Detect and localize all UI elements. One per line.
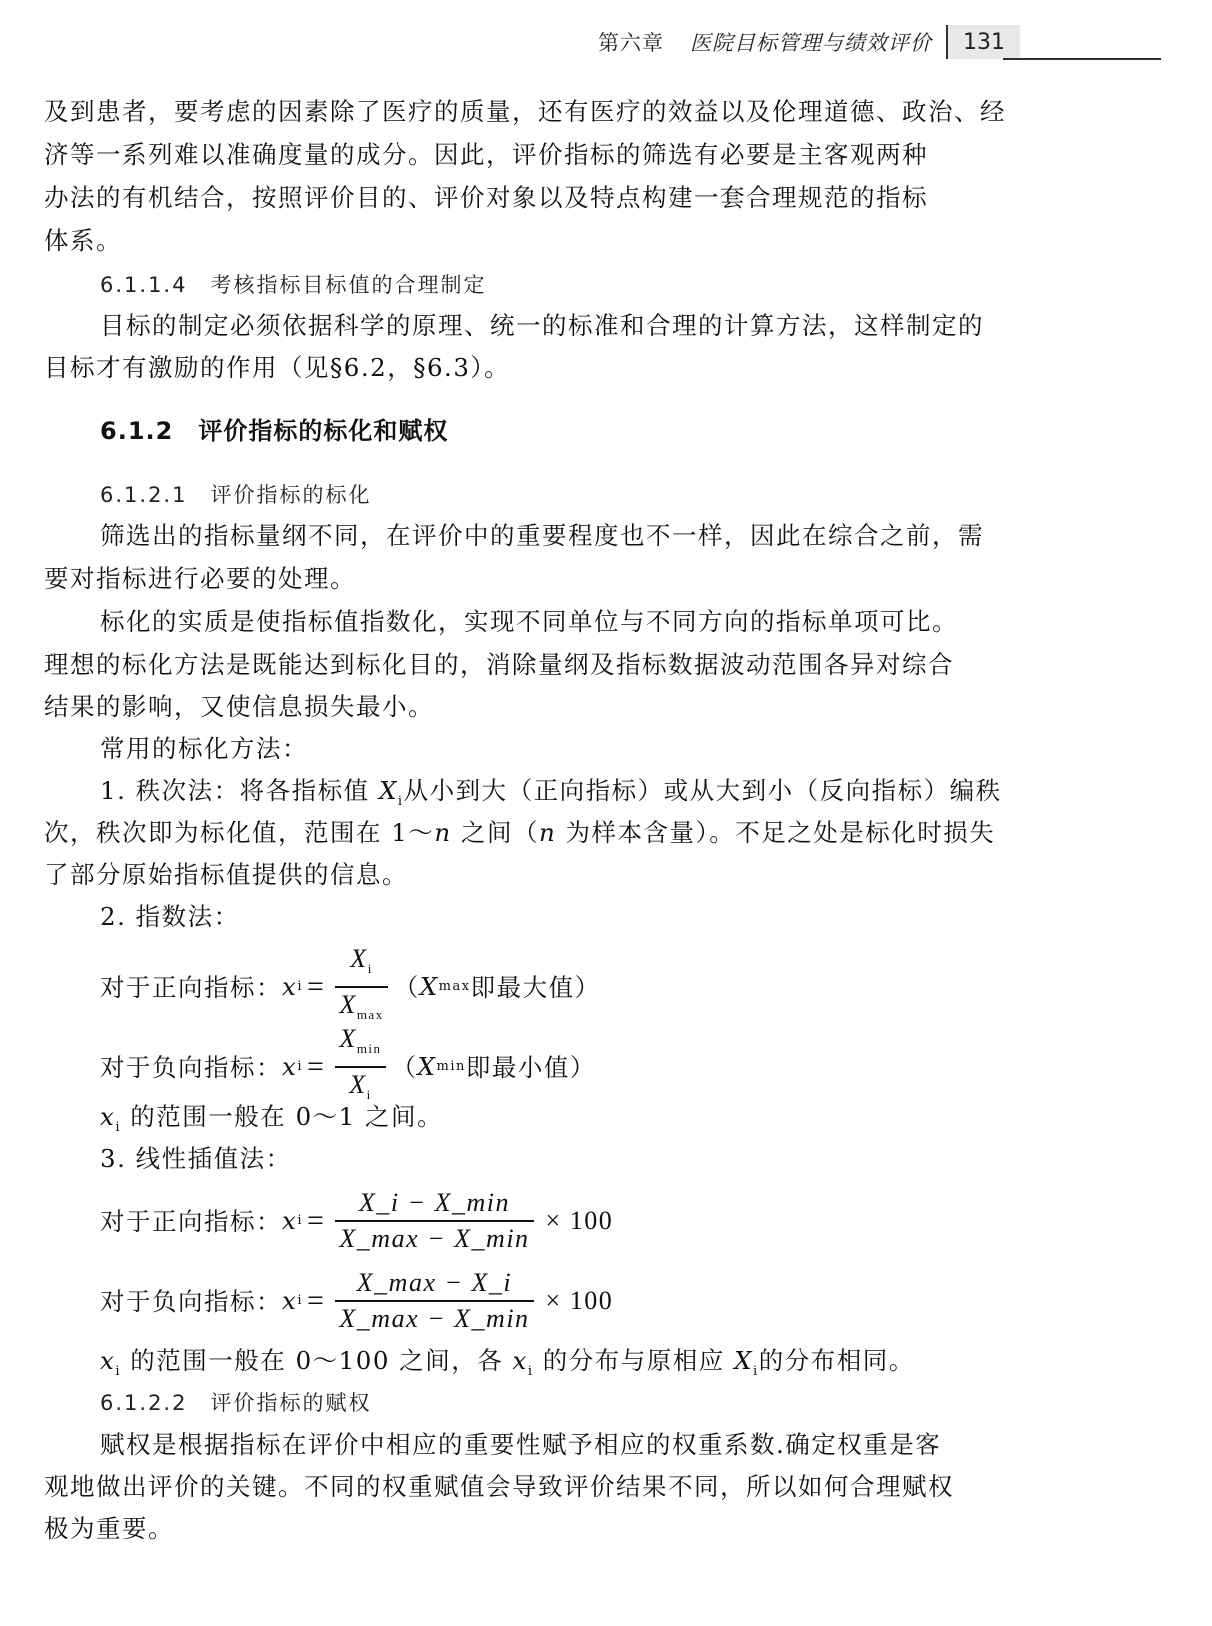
header-rule <box>1003 58 1161 60</box>
method1-line1: 1. 秩次法：将各指标值 Xi从小到大（正向指标）或从大到小（反向指标）编秩 <box>100 776 1002 817</box>
method1-line3: 了部分原始指标值提供的信息。 <box>44 860 408 890</box>
formula-linear-negative: 对于负向指标： xi = X_max − X_i X_max − X_min ×… <box>100 1266 613 1336</box>
paragraph-line: 目标的制定必须依据科学的原理、统一的标准和合理的计算方法，这样制定的 <box>100 311 984 341</box>
fraction: Xmin Xi <box>335 1022 385 1112</box>
formula-linear-positive: 对于正向指标： xi = X_i − X_min X_max − X_min ×… <box>100 1186 613 1256</box>
paragraph-line: 赋权是根据指标在评价中相应的重要性赋予相应的权重系数.确定权重是客 <box>100 1430 941 1460</box>
page-number: 131 <box>946 25 1020 59</box>
paragraph-line: 筛选出的指标量纲不同，在评价中的重要程度也不一样，因此在综合之前，需 <box>100 521 984 551</box>
fraction: Xi Xmax <box>335 942 387 1032</box>
paragraph-line: 标化的实质是使指标值指数化，实现不同单位与不同方向的指标单项可比。 <box>100 607 958 637</box>
method2-title: 2. 指数法： <box>100 902 240 932</box>
formula-index-negative: 对于负向指标： xi = Xmin Xi （ Xmin 即最小值） <box>100 1022 596 1112</box>
formula-index-positive: 对于正向指标： xi = Xi Xmax （ Xmax 即最大值） <box>100 942 601 1032</box>
paragraph-line: 目标才有激励的作用（见§6.2，§6.3）。 <box>44 353 510 383</box>
paragraph-line: 极为重要。 <box>44 1514 174 1544</box>
paragraph-line: 观地做出评价的关键。不同的权重赋值会导致评价结果不同，所以如何合理赋权 <box>44 1472 954 1502</box>
methods-intro: 常用的标化方法： <box>100 734 308 764</box>
subsection-heading-6121: 6.1.2.1 评价指标的标化 <box>100 480 371 510</box>
chapter-title: 医院目标管理与绩效评价 <box>690 27 932 57</box>
paragraph-line: 及到患者，要考虑的因素除了医疗的质量，还有医疗的效益以及伦理道德、政治、经 <box>44 97 1006 127</box>
fraction: X_max − X_i X_max − X_min <box>335 1266 533 1336</box>
paragraph-line: 结果的影响，又使信息损失最小。 <box>44 692 434 722</box>
subsection-heading-6122: 6.1.2.2 评价指标的赋权 <box>100 1388 371 1418</box>
chapter-label: 第六章 <box>598 27 664 57</box>
method2-range: xi 的范围一般在 0～1 之间。 <box>100 1102 443 1143</box>
paragraph-line: 体系。 <box>44 226 122 256</box>
paragraph-line: 要对指标进行必要的处理。 <box>44 564 356 594</box>
paragraph-line: 理想的标化方法是既能达到标化目的，消除量纲及指标数据波动范围各异对综合 <box>44 650 954 680</box>
paragraph-line: 办法的有机结合，按照评价目的、评价对象以及特点构建一套合理规范的指标 <box>44 183 928 213</box>
paragraph-line: 济等一系列难以准确度量的成分。因此，评价指标的筛选有必要是主客观两种 <box>44 140 928 170</box>
subsection-heading-6114: 6.1.1.4 考核指标目标值的合理制定 <box>100 270 486 300</box>
document-page: 第六章 医院目标管理与绩效评价 131 及到患者，要考虑的因素除了医疗的质量，还… <box>0 0 1212 1626</box>
fraction: X_i − X_min X_max − X_min <box>335 1186 533 1256</box>
method3-range: xi 的范围一般在 0～100 之间，各 xi 的分布与原相应 Xi的分布相同。 <box>100 1346 915 1387</box>
section-heading-612: 6.1.2 评价指标的标化和赋权 <box>100 416 448 446</box>
method3-title: 3. 线性插值法： <box>100 1144 292 1174</box>
method1-line2: 次，秩次即为标化值，范围在 1～n 之间（n 为样本含量）。不足之处是标化时损失 <box>44 818 995 848</box>
running-header: 第六章 医院目标管理与绩效评价 131 <box>598 22 1020 62</box>
